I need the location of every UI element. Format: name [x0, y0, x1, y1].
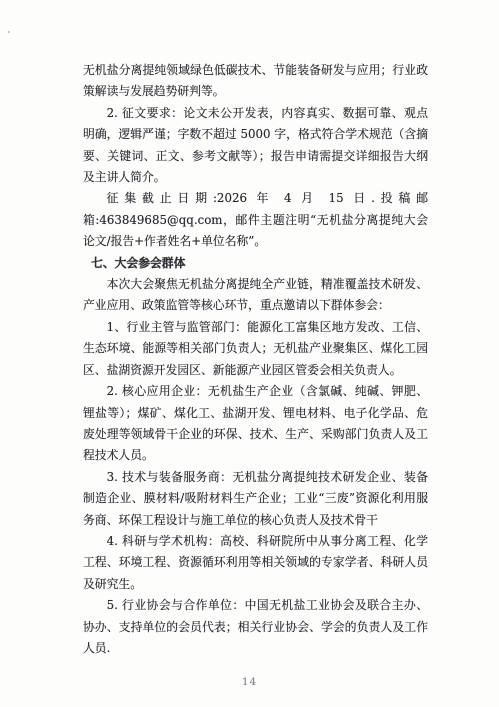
paragraph-submission-deadline: 征集截止日期:2026 年 4 月 15 日.投稿邮箱:463849685@qq…	[83, 188, 428, 252]
scan-artifact-dot	[8, 31, 10, 33]
document-page: 无机盐分离提纯领域绿色低碳技术、节能装备研发与应用；行业政策解读与发展趋势研判等…	[0, 0, 499, 707]
list-item-1-authorities: 1、行业主管与监管部门：能源化工富集区地方发改、工信、生态环境、能源等相关部门负…	[83, 317, 428, 381]
paragraph-section-intro: 本次大会聚焦无机盐分离提纯全产业链，精准覆盖技术研发、产业应用、政策监管等核心环…	[83, 274, 428, 317]
paragraph-essay-requirements: 2. 征文要求：论文未公开发表，内容真实、数据可靠、观点明确，逻辑严谨；字数不超…	[83, 103, 428, 189]
document-body: 无机盐分离提纯领域绿色低碳技术、节能装备研发与应用；行业政策解读与发展趋势研判等…	[83, 60, 428, 659]
list-item-4-research-academia: 4. 科研与学术机构：高校、科研院所中从事分离工程、化学工程、环境工程、资源循环…	[83, 531, 428, 595]
section-heading-seven: 七、大会参会群体	[83, 253, 428, 274]
paragraph-topic-continuation: 无机盐分离提纯领域绿色低碳技术、节能装备研发与应用；行业政策解读与发展趋势研判等…	[83, 60, 428, 103]
list-item-5-associations-partners: 5. 行业协会与合作单位：中国无机盐工业协会及联合主办、协办、支持单位的会员代表…	[83, 595, 428, 659]
list-item-2-core-enterprises: 2. 核心应用企业：无机盐生产企业（含氯碱、纯碱、钾肥、锂盐等）；煤矿、煤化工、…	[83, 381, 428, 467]
list-item-3-tech-equipment-providers: 3. 技术与装备服务商：无机盐分离提纯技术研发企业、装备制造企业、膜材料/吸附材…	[83, 467, 428, 531]
page-number: 14	[0, 676, 499, 688]
